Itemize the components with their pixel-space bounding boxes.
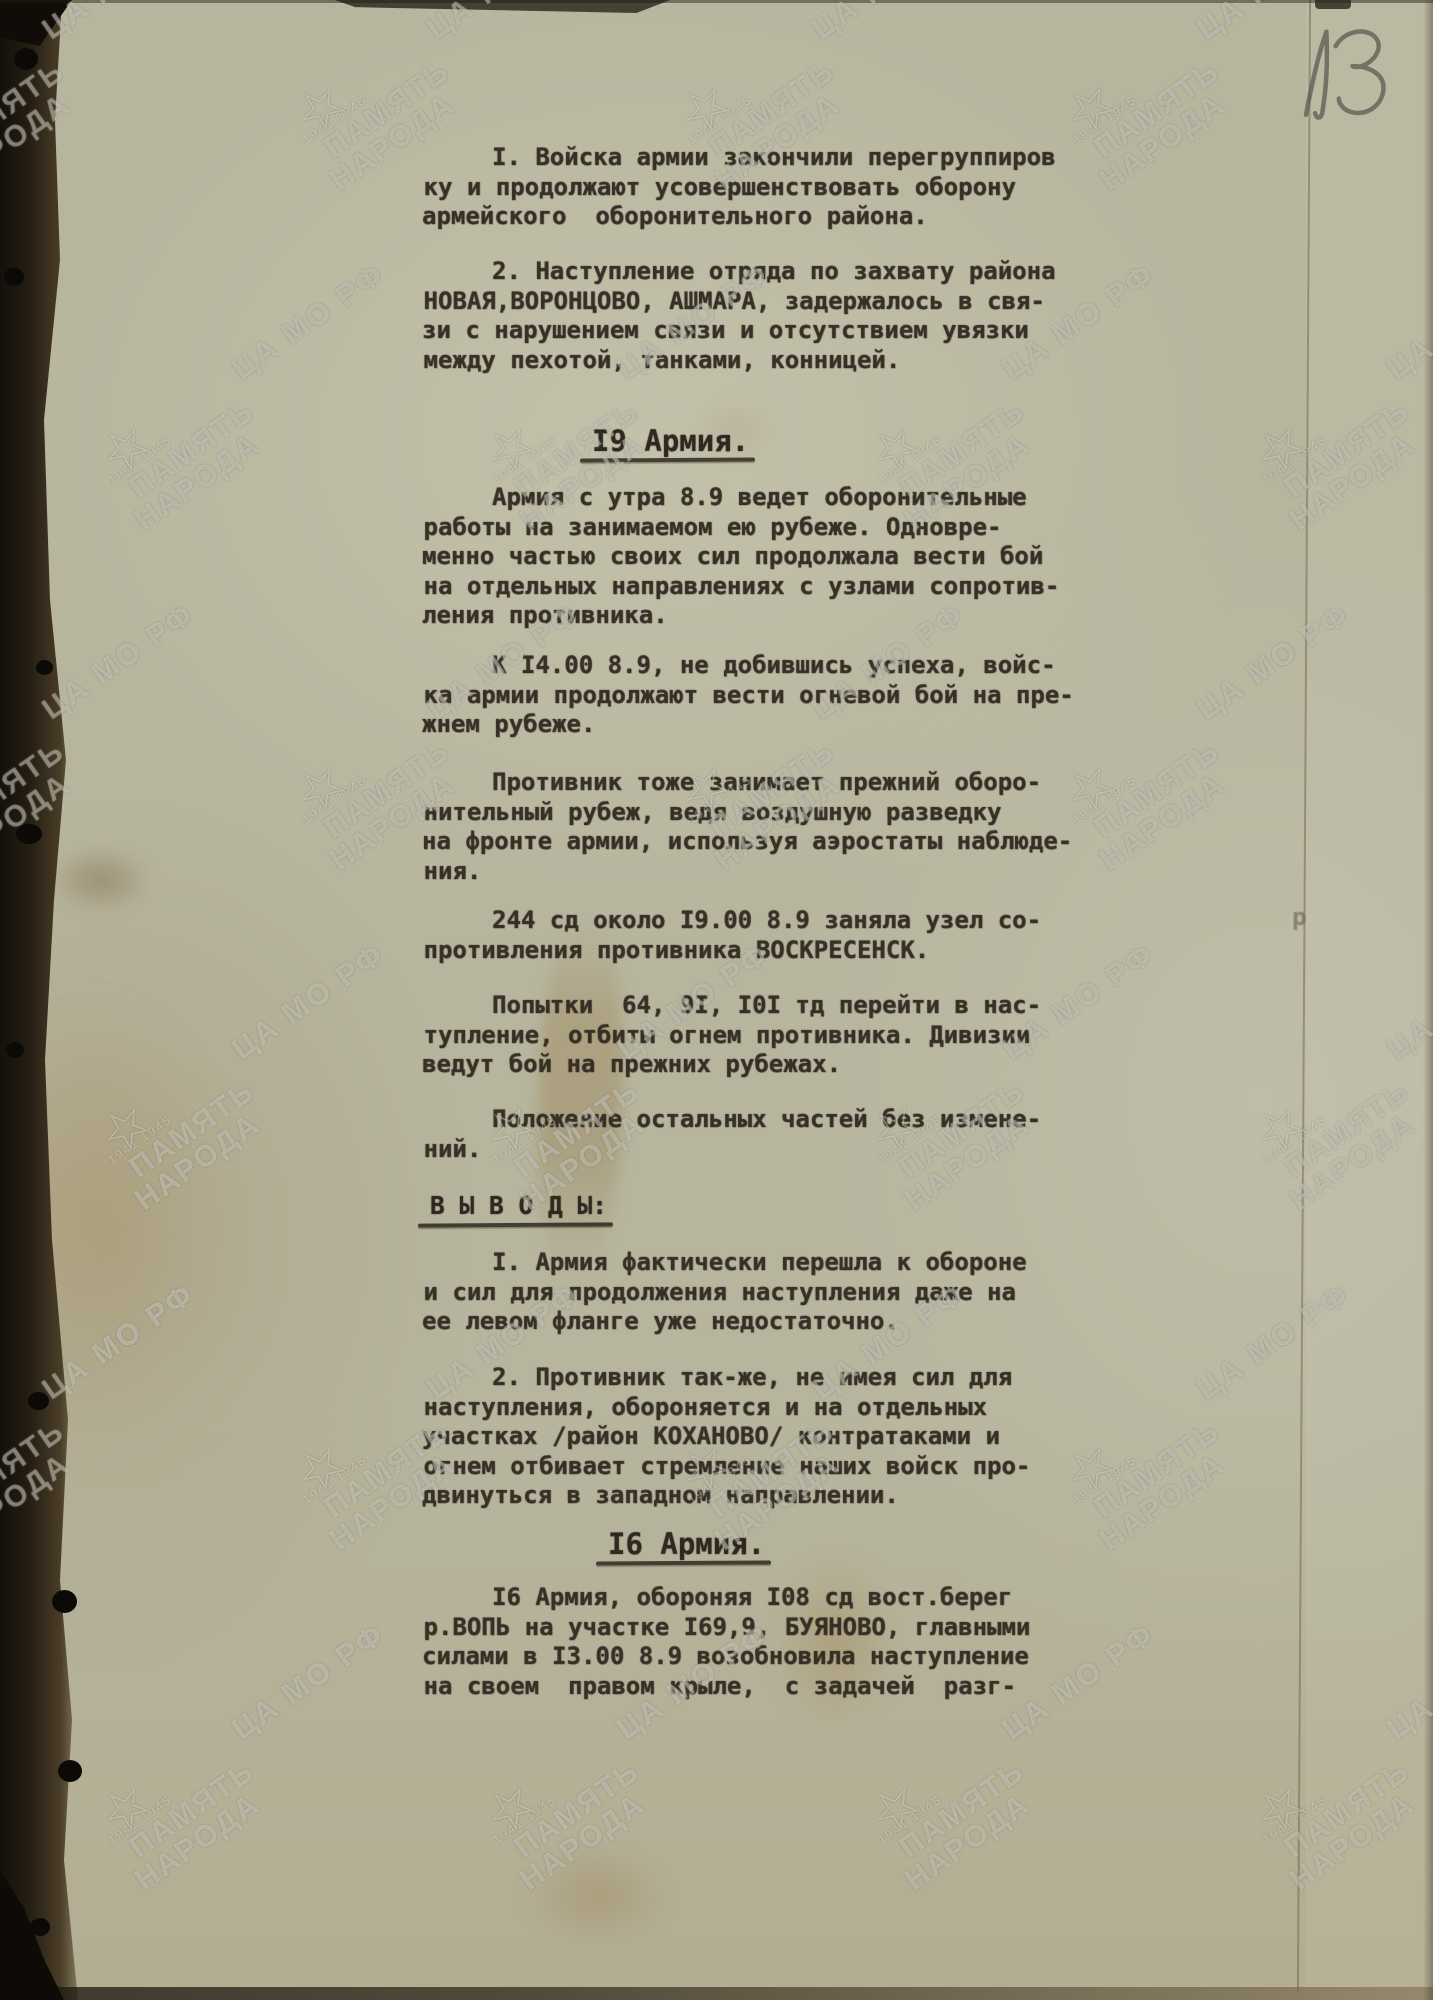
document-line: ку и продолжают усовершенствовать оборон… — [424, 173, 1084, 203]
document-line: Положение остальных частей без измене- — [422, 1105, 1082, 1135]
scanned-document-page: I. Войска армии закончили перегруппировк… — [0, 0, 1433, 2000]
document-line: нительный рубеж, ведя воздушную разведку — [424, 798, 1084, 828]
document-line: менно частью своих сил продолжала вести … — [422, 542, 1082, 572]
paragraph: I6 Армия, обороняя I08 сд вост.берегр.ВО… — [422, 1583, 1082, 1701]
document-line: НОВАЯ,ВОРОНЦОВО, АШМАРА, задержалось в с… — [424, 287, 1084, 317]
document-line: 2. Противник так-же, не имея сил для — [422, 1363, 1082, 1393]
binder-hole — [28, 1392, 49, 1410]
page-edge-bottom — [0, 1987, 1433, 2000]
document-line: р.ВОПЬ на участке I69,9, БУЯНОВО, главны… — [424, 1613, 1084, 1643]
document-line: силами в I3.00 8.9 возобновила наступлен… — [422, 1642, 1082, 1672]
document-line: ее левом фланге уже недостаточно. — [422, 1307, 1082, 1337]
paragraph: 2. Наступление отряда по захвату районаН… — [422, 257, 1082, 375]
paragraph: Положение остальных частей без измене-ни… — [422, 1105, 1082, 1164]
binder-hole — [52, 1590, 77, 1613]
section-heading: I9 Армия. — [592, 425, 749, 457]
document-line: армейского оборонительного района. — [422, 202, 1082, 232]
document-line: Попытки 64, 9I, I0I тд перейти в нас- — [422, 991, 1082, 1021]
binder-hole — [14, 48, 38, 70]
binder-hole — [36, 660, 53, 675]
handwritten-page-number — [1297, 22, 1402, 132]
document-line: огнем отбивает стремление наших войск пр… — [424, 1452, 1084, 1482]
page-edge-top — [0, 0, 1433, 3]
page-edge-right — [1423, 0, 1433, 2000]
document-line: на фронте армии, используя аэростаты наб… — [422, 827, 1082, 857]
document-line: на отдельных направлениях с узлами сопро… — [424, 572, 1084, 602]
paragraph: 2. Противник так-же, не имея сил длянаст… — [422, 1363, 1082, 1511]
document-line: между пехотой, танками, конницей. — [424, 346, 1084, 376]
document-line: 244 сд около I9.00 8.9 заняла узел со- — [422, 906, 1082, 936]
document-line: К I4.00 8.9, не добившись успеха, войс- — [422, 651, 1082, 681]
document-line: наступления, обороняется и на отдельных — [424, 1393, 1084, 1423]
document-line: ния. — [424, 857, 1084, 887]
document-line: Противник тоже занимает прежний оборо- — [422, 768, 1082, 798]
paragraph: I. Войска армии закончили перегруппировк… — [422, 143, 1082, 232]
binder-hole — [58, 1760, 82, 1782]
page-edge-mark — [1315, 0, 1351, 9]
document-line: I. Войска армии закончили перегруппиров — [422, 143, 1082, 173]
paragraph: Противник тоже занимает прежний оборо-ни… — [422, 768, 1082, 886]
paragraph: Армия с утра 8.9 ведет оборонительныераб… — [422, 483, 1082, 631]
document-line: на своем правом крыле, с задачей разг- — [424, 1672, 1084, 1702]
document-line: зи с нарушением связи и отсутствием увяз… — [422, 316, 1082, 346]
paragraph: 244 сд около I9.00 8.9 заняла узел со-пр… — [422, 906, 1082, 965]
document-line: I. Армия фактически перешла к обороне — [422, 1248, 1082, 1278]
binder-hole — [16, 824, 42, 844]
paragraph: К I4.00 8.9, не добившись успеха, войс-к… — [422, 651, 1082, 740]
document-text: I. Войска армии закончили перегруппировк… — [0, 0, 1433, 2000]
binder-hole — [6, 1042, 24, 1058]
document-line: работы на занимаемом ею рубеже. Одновре- — [424, 513, 1084, 543]
section-heading: I6 Армия. — [608, 1528, 765, 1560]
document-line: двинуться в западном направлении. — [422, 1481, 1082, 1511]
document-line: ний. — [424, 1135, 1084, 1165]
document-line: ка армии продолжают вести огневой бой на… — [424, 681, 1084, 711]
document-line: 2. Наступление отряда по захвату района — [422, 257, 1082, 287]
document-line: I6 Армия, обороняя I08 сд вост.берег — [422, 1583, 1082, 1613]
document-line: и сил для продолжения наступления даже н… — [424, 1278, 1084, 1308]
document-line: тупление, отбиты огнем противника. Дивиз… — [424, 1021, 1084, 1051]
section-heading: В Ы В О Д Ы: — [430, 1190, 607, 1222]
document-line: ления противника. — [422, 601, 1082, 631]
document-line: Армия с утра 8.9 ведет оборонительные — [422, 483, 1082, 513]
document-line: ведут бой на прежних рубежах. — [422, 1050, 1082, 1080]
document-line: противления противника ВОСКРЕСЕНСК. — [424, 936, 1084, 966]
binder-hole — [4, 268, 24, 286]
paragraph: I. Армия фактически перешла к оборонеи с… — [422, 1248, 1082, 1337]
document-line: жнем рубеже. — [422, 710, 1082, 740]
paragraph: Попытки 64, 9I, I0I тд перейти в нас-туп… — [422, 991, 1082, 1080]
document-line: участках /район КОХАНОВО/ контратаками и — [422, 1422, 1082, 1452]
